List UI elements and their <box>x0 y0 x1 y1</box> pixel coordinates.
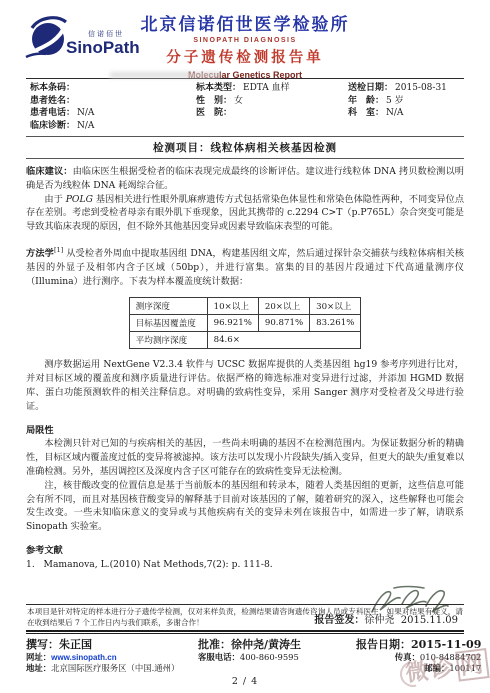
field-sample-type: 标本类型：EDTA 血样 <box>196 83 348 95</box>
table-row: 测序深度 10×以上 20×以上 30×以上 <box>129 298 361 315</box>
methodology-paragraph: 方法学[1] 从受检者外周血中提取基因组 DNA，构建基因组文库，然后通过探针杂… <box>26 244 464 288</box>
coverage-table: 测序深度 10×以上 20×以上 30×以上 目标基因覆盖度 96.921% 9… <box>129 297 362 349</box>
test-item-value: 线粒体病相关核基因检测 <box>211 142 338 154</box>
table-row: 平均测序深度 84.6× <box>129 332 361 349</box>
limitations-paragraph: 本检测只针对已知的与疾病相关的基因，一些尚未明确的基因不在检测范围内。为保证数据… <box>26 437 464 478</box>
note-paragraph: 注，核苷酸改变的位置信息是基于当前版本的基因组和转录本，随着人类基因组的更新，这… <box>26 479 464 534</box>
redacted-barcode-smudge <box>110 72 220 78</box>
field-sample-barcode: 标本条码： <box>30 83 196 95</box>
website-line: 网址：www.sinopath.cn <box>26 652 198 663</box>
zip-line: 邮编：100117 <box>356 663 481 674</box>
field-diagnosis: 临床诊断：N/A <box>30 121 196 133</box>
gene-symbol: POLG <box>66 194 93 205</box>
website-url: www.sinopath.cn <box>51 653 116 662</box>
table-row: 目标基因覆盖度 96.921% 90.871% 83.261% <box>129 315 361 332</box>
report-footer: 本项目是针对特定的样本进行分子遗传学检测，仅对来样负责，检测结果请咨询遗传咨询人… <box>26 604 464 687</box>
clinical-advice-p2: 由于 POLG 基因相关进行性眼外肌麻痹遗传方式包括常染色体显性和常染色体隐性两… <box>26 193 464 234</box>
field-department: 科 室：N/A <box>348 108 462 120</box>
sample-info-block: 标本条码： 标本类型：EDTA 血样 送检日期：2015-08-31 患者姓名：… <box>26 79 464 136</box>
field-hospital: 医 院： <box>196 108 348 120</box>
phone-line: 客服电话：400-860-9595 <box>198 652 356 663</box>
address-line: 地址：北京国际医疗服务区（中国.通州） <box>26 663 198 674</box>
references-heading: 参考文献 <box>26 544 464 558</box>
field-phone: 患者电话：N/A <box>30 108 196 120</box>
page-number: 2 / 4 <box>26 676 464 687</box>
double-divider <box>26 630 464 634</box>
test-item-label: 检测项目： <box>153 142 211 154</box>
report-page: 信诺佰世 SinoPath 北京信诺佰世医学检验所 SINOPATH DIAGN… <box>0 0 490 628</box>
sample-info-grid: 标本条码： 标本类型：EDTA 血样 送检日期：2015-08-31 患者姓名：… <box>28 81 462 135</box>
writer-line: 撰写：朱正国 <box>26 637 198 652</box>
test-item-band: 检测项目：线粒体病相关核基因检测 <box>26 137 464 158</box>
limitations-heading: 局限性 <box>26 424 464 438</box>
field-age: 年 龄：5 岁 <box>348 96 462 108</box>
report-date-line: 报告日期：2015-11-09 <box>356 637 481 652</box>
sequencing-data-paragraph: 测序数据运用 NextGene V2.3.4 软件与 UCSC 数据库提供的人类… <box>26 358 464 413</box>
sinopath-logo: 信诺佰世 SinoPath <box>22 12 162 64</box>
report-header: 信诺佰世 SinoPath 北京信诺佰世医学检验所 SINOPATH DIAGN… <box>26 6 464 76</box>
logo-cn-text: 信诺佰世 <box>88 31 140 38</box>
field-gender: 性 别：女 <box>196 96 348 108</box>
report-body: 临床建议：由临床医生根据受检者的临床表现完成最终的诊断评估。建议进行线粒体 DN… <box>26 159 464 572</box>
approver-line: 批准：徐仲尧/黄涛生 <box>198 637 356 652</box>
reference-item: 1. Mamanova, L.(2010) Nat Methods,7(2): … <box>26 558 464 572</box>
field-submit-date: 送检日期：2015-08-31 <box>348 83 462 95</box>
reference-superscript: [1] <box>54 246 63 254</box>
coverage-table-wrap: 测序深度 10×以上 20×以上 30×以上 目标基因覆盖度 96.921% 9… <box>26 297 464 349</box>
clinical-advice-p1: 临床建议：由临床医生根据受检者的临床表现完成最终的诊断评估。建议进行线粒体 DN… <box>26 165 464 193</box>
field-patient-name: 患者姓名： <box>30 96 196 108</box>
fax-line: 传真：010-84884702 <box>356 652 481 663</box>
disclaimer-text: 本项目是针对特定的样本进行分子遗传学检测，仅对来样负责，检测结果请咨询遗传咨询人… <box>26 605 464 630</box>
logo-brand-text: SinoPath <box>66 38 140 57</box>
